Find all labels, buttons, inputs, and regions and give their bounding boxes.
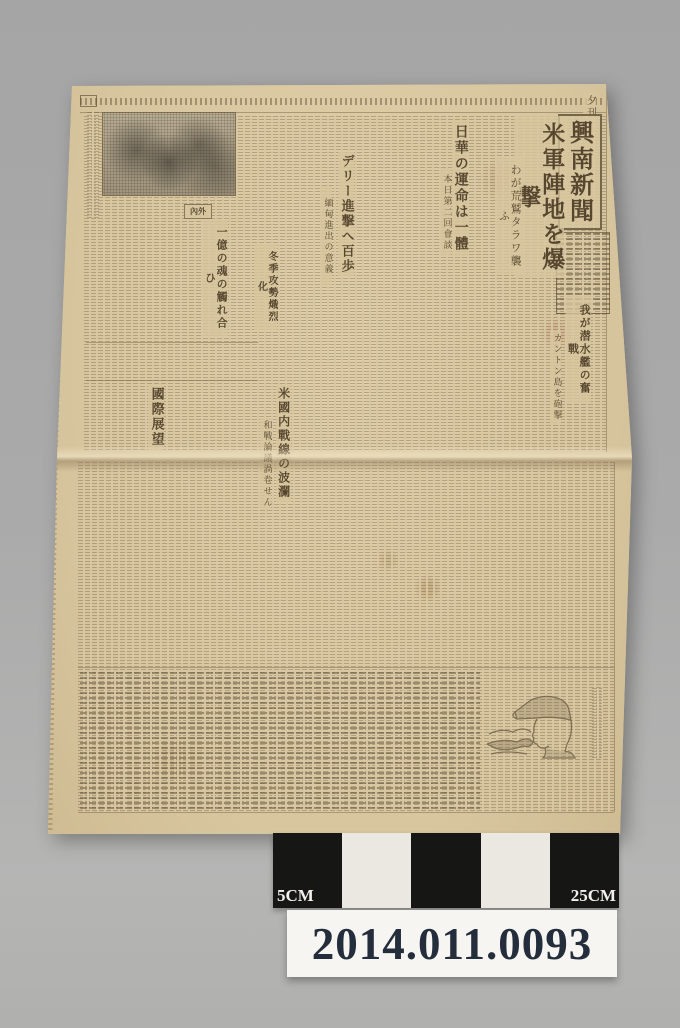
headline-delhi-sub: 緬甸進出の意義 xyxy=(321,186,332,286)
classified-ads-block xyxy=(80,672,480,810)
photograph-background: 夕刊 興南新聞 米軍陣地を爆撃 わが荒鷲タラワ襲ふ 日華の運命は一體 本日第二回… xyxy=(0,0,680,1028)
accession-card: 2014.011.0093 xyxy=(287,910,617,977)
soldier-illustration xyxy=(487,686,591,760)
photo-caption-column xyxy=(87,112,99,218)
scale-square-black-3: 25CM xyxy=(550,833,619,908)
headline-international: 國際展望 xyxy=(148,384,164,450)
deckled-edge-top xyxy=(53,90,71,456)
right-margin-rule-bottom xyxy=(614,462,615,812)
section-rule-2 xyxy=(86,380,258,381)
headline-main-sub: わが荒鷲タラワ襲ふ xyxy=(497,158,522,274)
headline-winter-offensive: 冬季攻勢熾烈化 xyxy=(254,244,277,330)
scale-label-25cm: 25CM xyxy=(571,886,616,906)
scale-square-white-2 xyxy=(481,833,550,908)
section-rule-3 xyxy=(78,667,614,668)
section-label-box: 內外 xyxy=(184,204,212,219)
headline-submarine-sub: カントン島を砲撃 xyxy=(550,330,561,424)
deckled-edge-bottom xyxy=(47,458,57,832)
bottom-rule xyxy=(78,812,614,813)
scale-label-5cm: 5CM xyxy=(277,886,314,906)
masthead-title: 興南新聞 xyxy=(566,118,593,226)
fold-crease xyxy=(48,446,632,472)
page-number-box xyxy=(80,95,97,107)
headline-delhi: デリー進撃へ百歩 xyxy=(338,152,354,276)
headline-japan-china: 日華の運命は一體 xyxy=(452,120,469,256)
scale-square-black-2 xyxy=(411,833,480,908)
section-rule-1 xyxy=(86,342,258,343)
headline-submarine: 我が潜水艦の奮戰 xyxy=(566,296,591,402)
headline-spirit: 一億の魂の觸れ合ひ xyxy=(203,220,228,336)
dateline-strip xyxy=(80,98,604,105)
scale-square-white-1 xyxy=(342,833,411,908)
scale-bar: 5CM 25CM xyxy=(273,833,619,908)
accession-number: 2014.011.0093 xyxy=(312,918,593,970)
headline-japan-china-sub: 本日第二回會談 xyxy=(440,168,451,256)
crowd-news-photo xyxy=(102,112,236,196)
headline-us-front: 米國内戰線の波瀾 xyxy=(276,384,291,502)
scale-square-black-1: 5CM xyxy=(273,833,342,908)
soldier-caption-column xyxy=(592,688,602,758)
